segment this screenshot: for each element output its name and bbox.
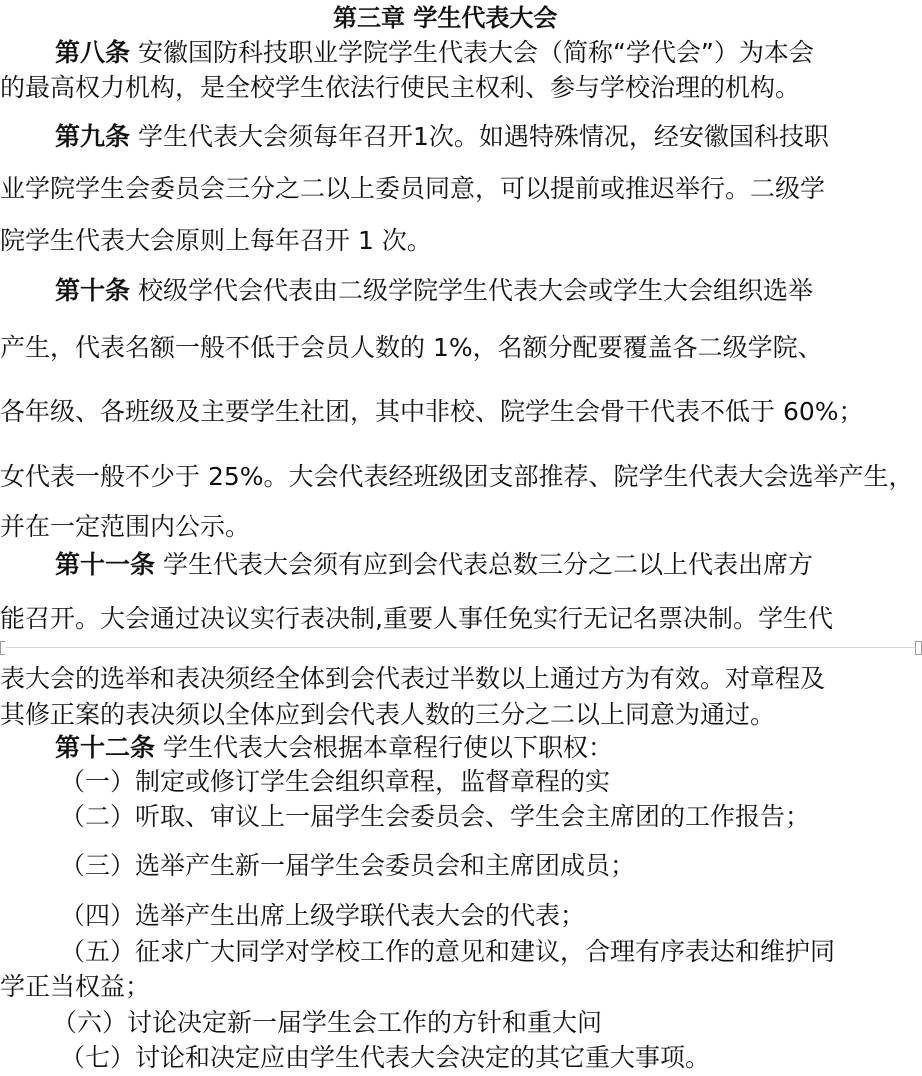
article-11-line-2: 能召开。大会通过决议实行表决制,重要人事任免实行无记名票决制。学生代 [0,604,833,634]
page-break-rule [6,647,916,648]
article-10-line-5: 并在一定范围内公示。 [0,512,250,542]
article-label: 第十一条 [55,550,155,579]
article-11-line-1: 第十一条 学生代表大会须有应到会代表总数三分之二以上代表出席方 [55,550,813,580]
article-text: 安徽国防科技职业学院学生代表大会（简称“学代会”）为本会 [138,38,814,67]
article-12-item-5-cont: 学正当权益； [0,972,150,1002]
article-label: 第十条 [55,276,130,305]
chapter-title: 第三章 学生代表大会 [333,3,557,33]
page-break-separator [0,641,922,655]
article-8-line-1: 第八条 安徽国防科技职业学院学生代表大会（简称“学代会”）为本会 [55,38,814,68]
article-10-line-3: 各年级、各班级及主要学生社团，其中非校、院学生会骨干代表不低于 60%； [0,397,864,427]
article-12-item-3: （三）选举产生新一届学生会委员会和主席团成员； [60,851,635,881]
article-label: 第十二条 [55,733,155,762]
article-10-line-1: 第十条 校级学代会代表由二级学院学生代表大会或学生大会组织选举 [55,276,813,306]
article-label: 第九条 [55,122,130,151]
article-12-item-2: （二）听取、审议上一届学生会委员会、学生会主席团的工作报告； [60,802,810,832]
article-9-line-3: 院学生代表大会原则上每年召开 1 次。 [0,226,432,256]
article-12-item-4: （四）选举产生出席上级学联代表大会的代表； [60,901,585,931]
page-corner-mark-right [915,641,922,655]
article-text: 校级学代会代表由二级学院学生代表大会或学生大会组织选举 [138,276,813,305]
article-label: 第八条 [55,38,130,67]
article-11-line-3: 表大会的选举和表决须经全体到会代表过半数以上通过方为有效。对章程及 [0,664,825,694]
article-text: 学生代表大会须有应到会代表总数三分之二以上代表出席方 [163,550,813,579]
article-8-line-2: 的最高权力机构，是全校学生依法行使民主权利、参与学校治理的机构。 [0,73,800,103]
article-12-item-6: （六）讨论决定新一届学生会工作的方针和重大问 [52,1008,602,1038]
article-11-line-4: 其修正案的表决须以全体应到会代表人数的三分之二以上同意为通过。 [0,700,775,730]
article-10-line-4: 女代表一般不少于 25%。大会代表经班级团支部推荐、院学生代表大会选举产生， [0,462,914,492]
article-12-item-5: （五）征求广大同学对学校工作的意见和建议，合理有序表达和维护同 [60,937,835,967]
article-9-line-2: 业学院学生会委员会三分之二以上委员同意，可以提前或推迟举行。二级学 [0,174,825,204]
article-text: 学生代表大会根据本章程行使以下职权： [163,733,613,762]
article-9-line-1: 第九条 学生代表大会须每年召开1次。如遇特殊情况，经安徽国科技职 [55,122,829,152]
article-12-item-1: （一）制定或修订学生会组织章程，监督章程的实 [60,767,610,797]
article-12-item-7: （七）讨论和决定应由学生代表大会决定的其它重大事项。 [60,1043,710,1073]
article-12-line-1: 第十二条 学生代表大会根据本章程行使以下职权： [55,733,613,763]
page-corner-mark-left [0,641,5,655]
article-10-line-2: 产生，代表名额一般不低于会员人数的 1%，名额分配要覆盖各二级学院、 [0,333,823,363]
article-text: 学生代表大会须每年召开1次。如遇特殊情况，经安徽国科技职 [138,122,829,151]
